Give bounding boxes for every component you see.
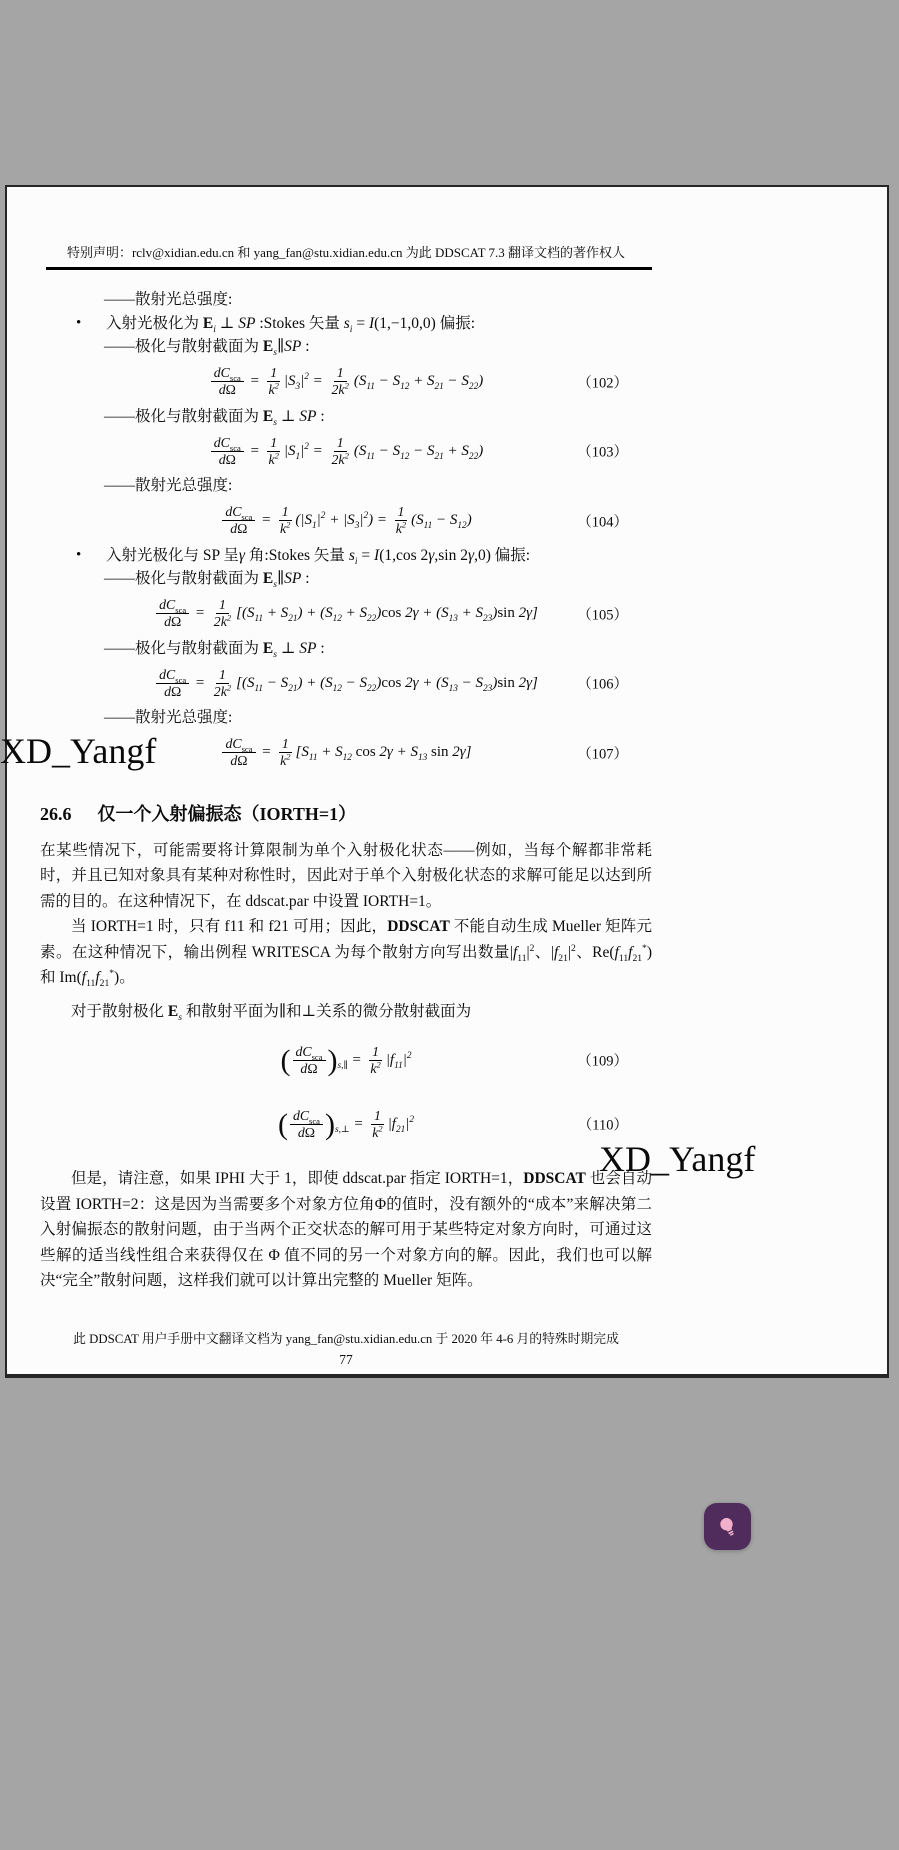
equation: dCscadΩ = 1k2(|S1|2 + |S3|2) = 1k2(S11 −… [220,504,471,537]
equation: (dCscadΩ)s,⊥ = 1k2|f21|2 [278,1108,414,1141]
page-number: 77 [40,1352,652,1368]
reader-action-button[interactable] [704,1503,751,1550]
equation-number: （106） [577,673,628,694]
footer-note: 此 DDSCAT 用户手册中文翻译文档为 yang_fan@stu.xidian… [40,1328,652,1347]
equation-row: dCscadΩ = 1k2|S3|2 = 12k2(S11 − S12 + S2… [40,359,652,405]
paragraph: 但是，请注意，如果 IPHI 大于 1，即使 ddscat.par 指定 IOR… [40,1166,652,1294]
section-title: 仅一个入射偏振态（IORTH=1） [98,804,357,824]
page-content: 特别声明：rclv@xidian.edu.cn 和 yang_fan@stu.x… [40,242,652,1368]
equation-number: （102） [577,371,628,392]
equation-number: （105） [577,603,628,624]
equation: dCscadΩ = 12k2[(S11 − S21) + (S12 − S22)… [154,667,538,700]
equation-row: (dCscadΩ)s,⊥ = 1k2|f21|2 （110） [40,1096,652,1152]
list-item-text: ——散射光总强度: [104,477,232,494]
watermark: XD_Yangf [0,730,156,772]
equation-number: （103） [577,441,628,462]
watermark: XD_Yangf [599,1138,755,1180]
equation-row: dCscadΩ = 12k2[(S11 − S21) + (S12 − S22)… [40,660,652,706]
document-page[interactable]: XD_Yangf XD_Yangf 特别声明：rclv@xidian.edu.c… [5,185,889,1378]
list-item-text: ——散射光总强度: [104,709,232,726]
equation: dCscadΩ = 1k2[S11 + S12 cos 2γ + S13 sin… [220,736,471,769]
list-item-text: ——极化与散射截面为 Es ⊥ SP : [104,640,325,657]
equation-row: dCscadΩ = 1k2(|S1|2 + |S3|2) = 1k2(S11 −… [40,498,652,544]
section-number: 26.6 [40,804,72,824]
equation-number: （110） [578,1114,628,1135]
dash-item: ——极化与散射截面为 Es∥SP : [40,567,652,591]
equation: (dCscadΩ)s,∥ = 1k2|f11|2 [281,1044,412,1077]
equation: dCscadΩ = 1k2|S1|2 = 12k2(S11 − S12 − S2… [209,435,483,468]
list-item-text: ——散射光总强度: [104,291,232,308]
header-rule [46,267,652,270]
bullet-item: •入射光极化为 Ei ⊥ SP :Stokes 矢量 si = I(1,−1,0… [40,312,652,336]
bullet-marker: • [76,312,106,336]
list-item-text: ——极化与散射截面为 Es∥SP : [104,570,310,587]
equation-number: （109） [577,1050,628,1071]
dash-item: ——散射光总强度: [40,706,652,730]
dash-item: ——散射光总强度: [40,288,652,312]
equation-number: （107） [577,742,628,763]
dash-item: ——极化与散射截面为 Es ⊥ SP : [40,405,652,429]
dash-item: ——极化与散射截面为 Es∥SP : [40,335,652,359]
bullet-item: •入射光极化与 SP 呈γ 角:Stokes 矢量 si = I(1,cos 2… [40,544,652,568]
copyright-notice: 特别声明：rclv@xidian.edu.cn 和 yang_fan@stu.x… [40,242,652,261]
lightbulb-icon [711,1510,743,1542]
equation-row: (dCscadΩ)s,∥ = 1k2|f11|2 （109） [40,1032,652,1088]
dash-item: ——极化与散射截面为 Es ⊥ SP : [40,637,652,661]
bullet-marker: • [76,544,106,568]
equation-row: dCscadΩ = 1k2|S1|2 = 12k2(S11 − S12 − S2… [40,428,652,474]
section-heading: 26.6仅一个入射偏振态（IORTH=1） [40,800,652,826]
equation: dCscadΩ = 1k2|S3|2 = 12k2(S11 − S12 + S2… [209,365,483,398]
paragraph: 当 IORTH=1 时，只有 f11 和 f21 可用；因此，DDSCAT 不能… [40,914,652,991]
equation: dCscadΩ = 12k2[(S11 + S21) + (S12 + S22)… [154,597,538,630]
dash-item: ——散射光总强度: [40,474,652,498]
list-item-text: 入射光极化为 Ei ⊥ SP :Stokes 矢量 si = I(1,−1,0,… [106,312,652,336]
list-item-text: ——极化与散射截面为 Es∥SP : [104,338,310,355]
equation-number: （104） [577,510,628,531]
paragraph: 在某些情况下，可能需要将计算限制为单个入射极化状态——例如，当每个解都非常耗时，… [40,838,652,915]
list-item-text: ——极化与散射截面为 Es ⊥ SP : [104,408,325,425]
paragraph: 对于散射极化 Es 和散射平面为∥和⊥关系的微分散射截面为 [40,999,652,1025]
formula-list: ——散射光总强度:•入射光极化为 Ei ⊥ SP :Stokes 矢量 si =… [40,288,652,776]
equation-row: dCscadΩ = 12k2[(S11 + S21) + (S12 + S22)… [40,591,652,637]
list-item-text: 入射光极化与 SP 呈γ 角:Stokes 矢量 si = I(1,cos 2γ… [106,544,652,568]
